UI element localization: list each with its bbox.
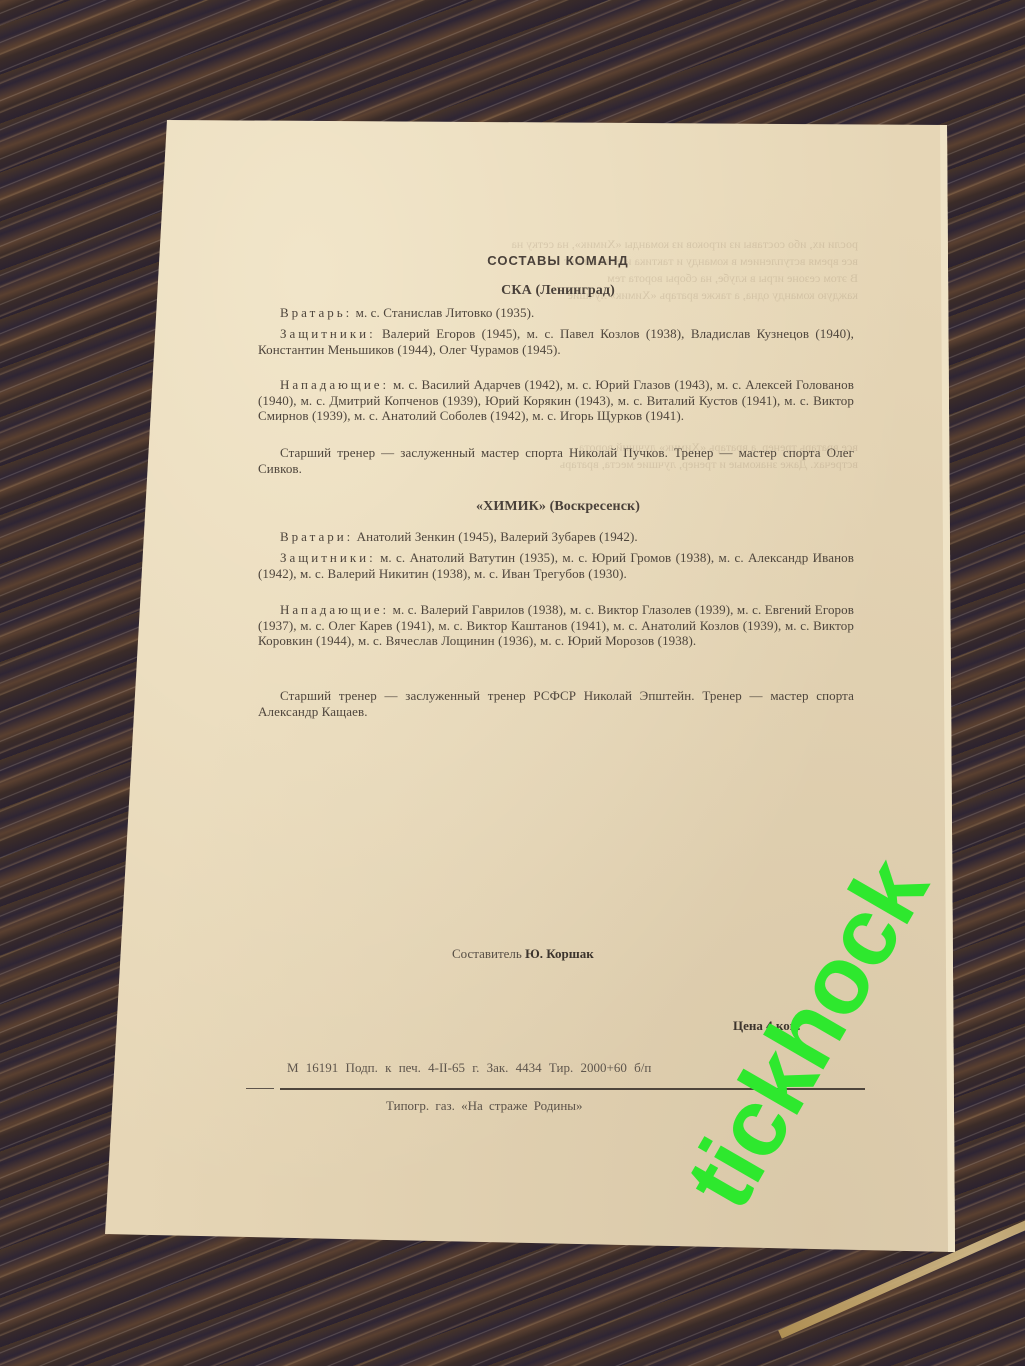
khimik-goalkeepers: Вратари: Анатолий Зенкин (1945), Валерий… xyxy=(258,529,854,545)
khimik-defenders: Защитники: м. с. Анатолий Ватутин (1935)… xyxy=(258,550,854,581)
team-city: (Воскресенск) xyxy=(550,499,640,514)
ska-coaches: Старший тренер — заслуженный мастер спор… xyxy=(258,445,854,476)
program-page xyxy=(0,0,1025,1366)
defenders-label: Защитники: xyxy=(280,550,376,565)
khimik-forwards: Нападающие: м. с. Валерий Гаврилов (1938… xyxy=(258,602,854,649)
printer-credit: Типогр. газ. «На страже Родины» xyxy=(386,1098,583,1114)
compiler-credit: Составитель Ю. Коршак xyxy=(452,946,594,962)
goalkeepers-list: Анатолий Зенкин (1945), Валерий Зубарев … xyxy=(357,529,638,544)
print-imprint: М 16191 Подп. к печ. 4-II-65 г. Зак. 443… xyxy=(287,1060,651,1076)
divider-short xyxy=(246,1088,274,1089)
khimik-coaches: Старший тренер — заслуженный тренер РСФС… xyxy=(258,688,854,719)
ska-defenders: Защитники: Валерий Егоров (1945), м. с. … xyxy=(258,326,854,357)
team-name: СКА xyxy=(501,283,532,298)
goalkeepers-label: Вратари: xyxy=(280,529,353,544)
team-title-khimik: «ХИМИК» (Воскресенск) xyxy=(258,499,858,515)
ska-goalkeepers: Вратарь: м. с. Станислав Литовко (1935). xyxy=(258,305,854,321)
section-title: СОСТАВЫ КОМАНД xyxy=(258,253,858,268)
team-city: (Ленинград) xyxy=(535,283,614,298)
defenders-label: Защитники: xyxy=(280,326,376,341)
goalkeepers-list: м. с. Станислав Литовко (1935). xyxy=(356,305,535,320)
forwards-label: Нападающие: xyxy=(280,377,389,392)
compiler-label: Составитель xyxy=(452,946,522,961)
team-title-ska: СКА (Ленинград) xyxy=(258,283,858,299)
goalkeepers-label: Вратарь: xyxy=(280,305,352,320)
compiler-name: Ю. Коршак xyxy=(525,946,594,961)
team-name: «ХИМИК» xyxy=(476,499,546,514)
ska-forwards: Нападающие: м. с. Василий Адарчев (1942)… xyxy=(258,377,854,424)
forwards-label: Нападающие: xyxy=(280,602,389,617)
bleed-through-line: росли их, ибо составы из игроков из кома… xyxy=(258,237,858,252)
